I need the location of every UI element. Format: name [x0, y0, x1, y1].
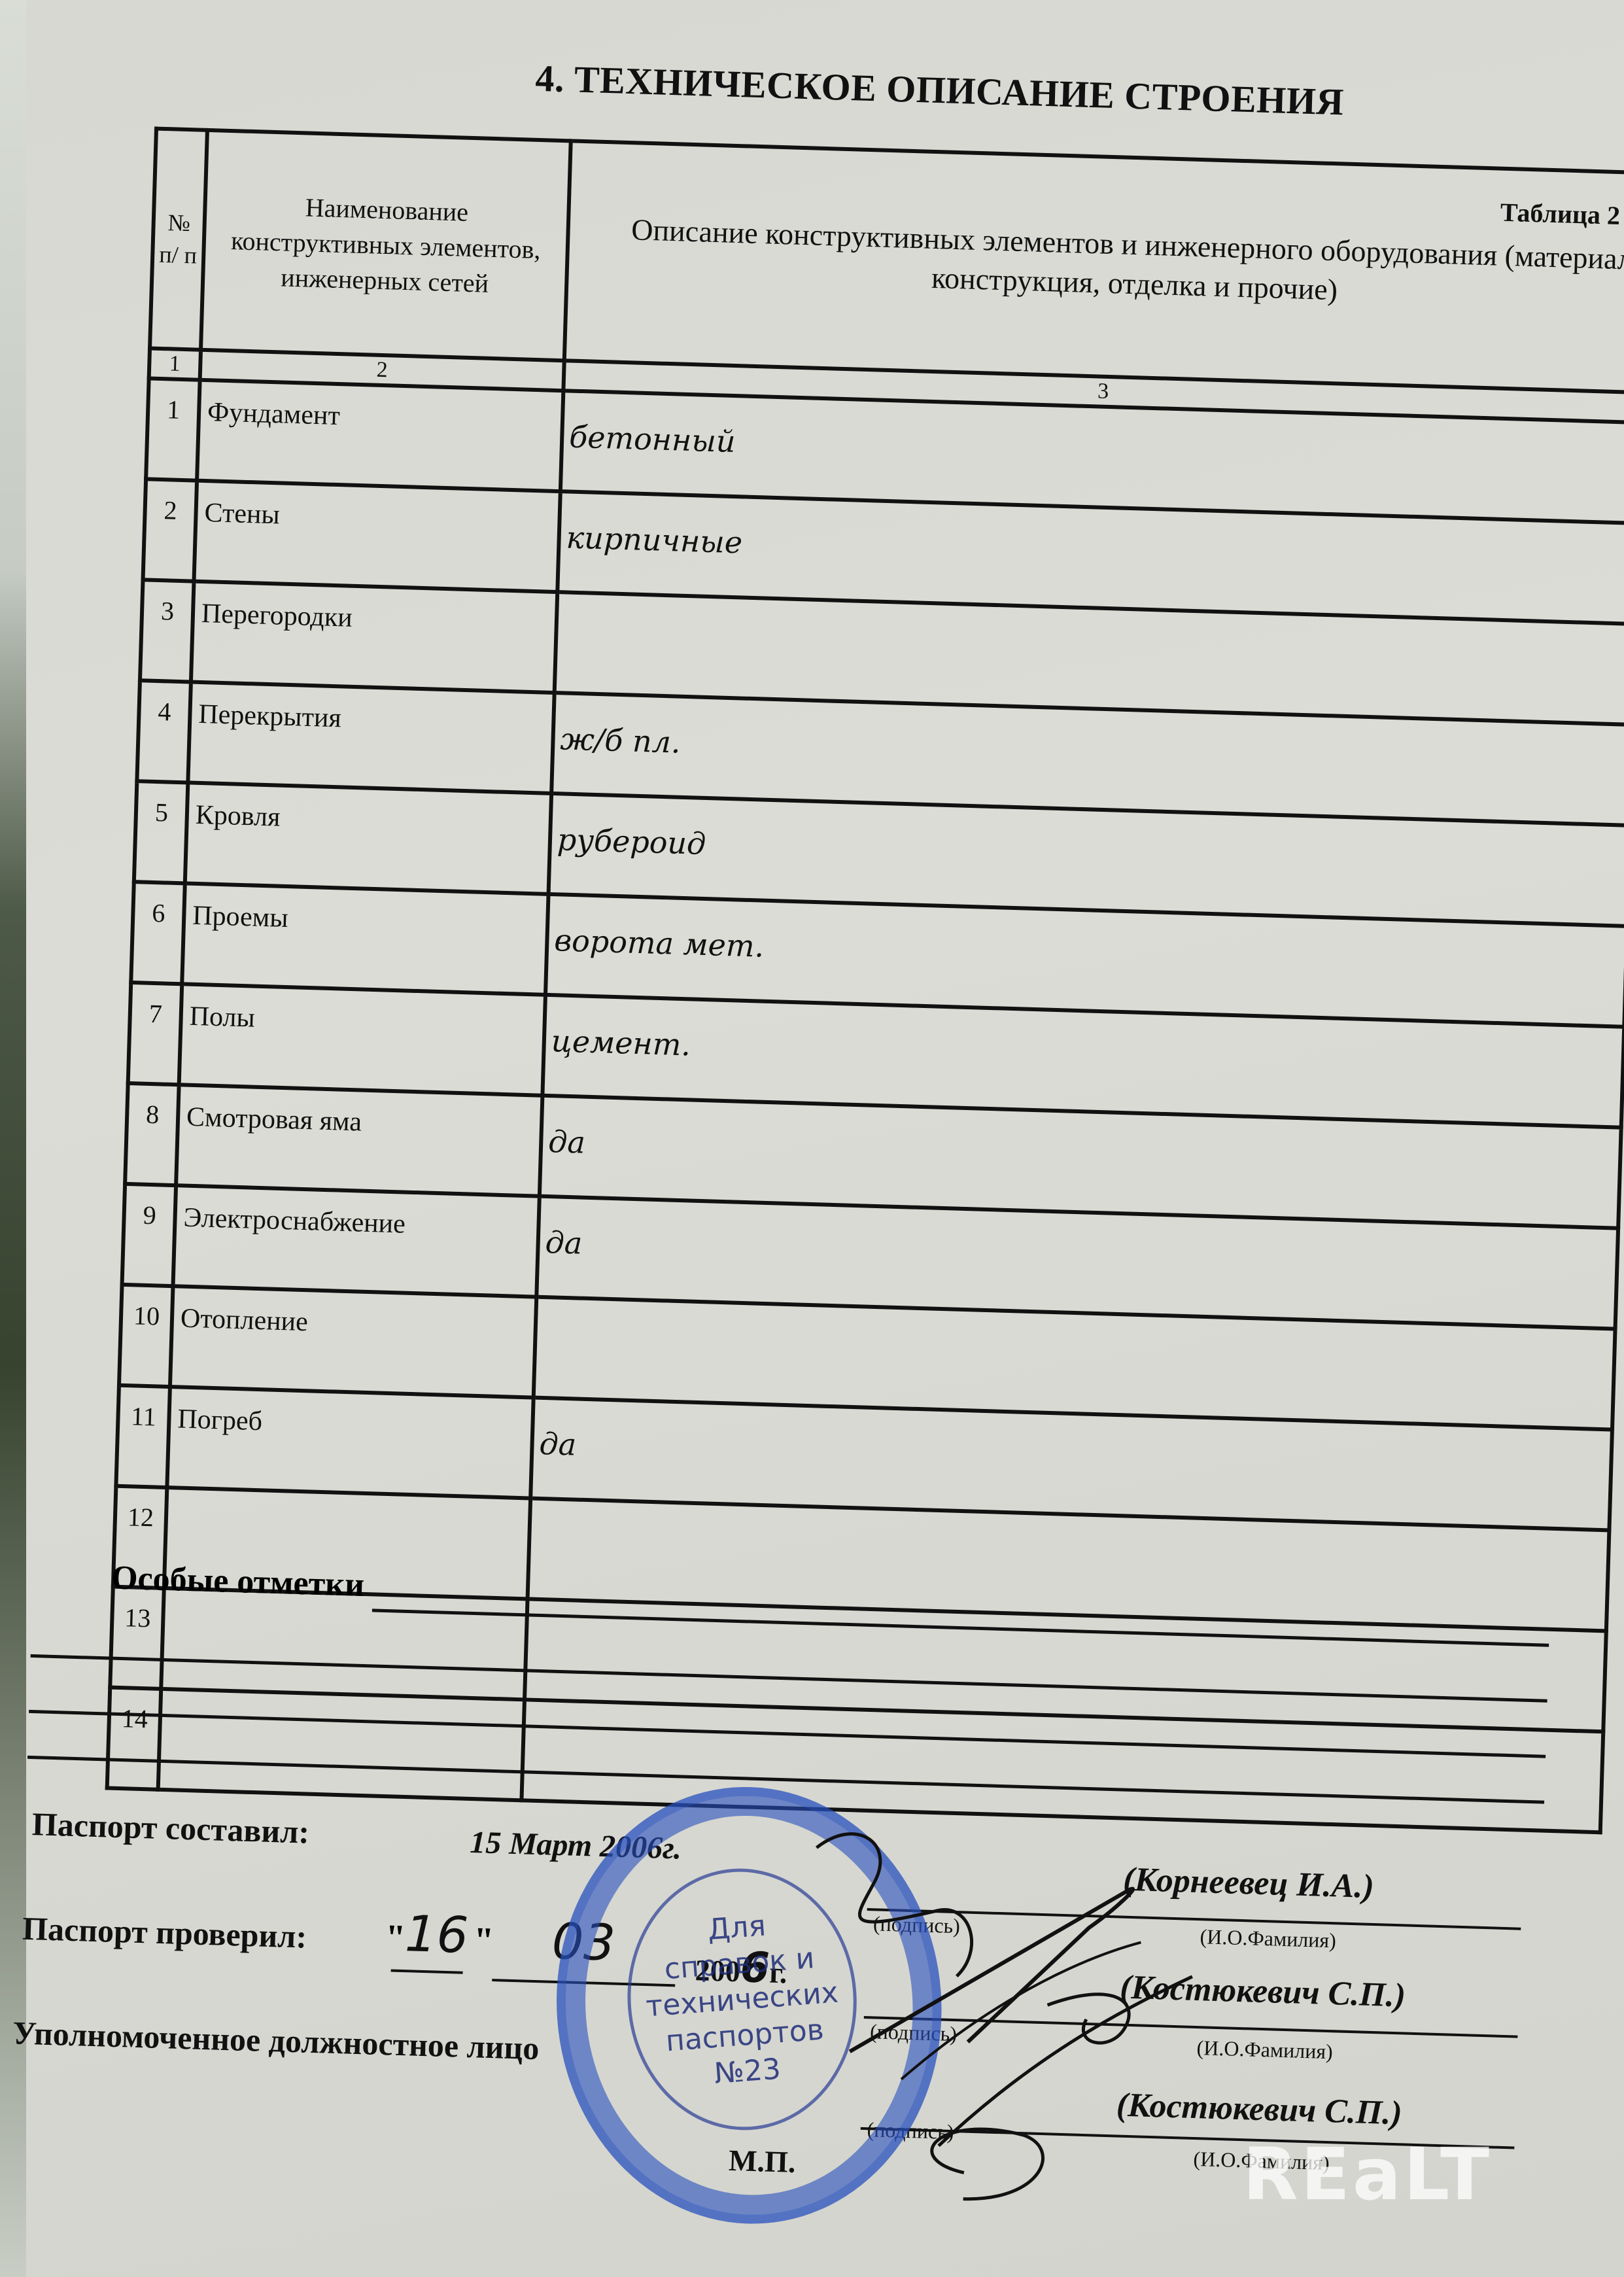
row-number: 13 [110, 1587, 164, 1689]
element-name [158, 1689, 525, 1800]
stamp-line: Для [706, 1907, 767, 1948]
element-name: Полы [179, 984, 545, 1095]
element-name: Электроснабжение [173, 1185, 540, 1296]
row-number: 5 [134, 781, 188, 883]
row-number: 10 [119, 1285, 173, 1387]
name-caption: (И.О.Фамилия) [1200, 1924, 1336, 1953]
element-name: Отопление [170, 1286, 536, 1397]
authorized-person-name: (Костюкевич С.П.) [1116, 2085, 1402, 2132]
element-name: Проемы [182, 883, 548, 994]
table-header-row: № п/ п Наименование конструктивных элеме… [150, 129, 1624, 393]
header-element-name: Наименование конструктивных элементов, и… [201, 130, 571, 360]
element-name: Кровля [185, 782, 551, 894]
signature-line [864, 2016, 1518, 2038]
row-number: 4 [137, 680, 191, 782]
quote-close: " [473, 1919, 494, 1962]
element-name: Перекрытия [188, 682, 554, 793]
quote-open: " [385, 1917, 406, 1959]
section-title: 4. ТЕХНИЧЕСКОЕ ОПИСАНИЕ СТРОЕНИЯ [535, 56, 1386, 126]
stamp-line: №23 [713, 2051, 782, 2091]
checked-by-name: (Костюкевич С.П.) [1119, 1968, 1406, 2015]
row-number: 7 [128, 982, 182, 1085]
document-page: 4. ТЕХНИЧЕСКОЕ ОПИСАНИЕ СТРОЕНИЯ № п/ п … [14, 39, 1608, 2242]
table-label: Таблица 2 [1500, 197, 1621, 231]
element-name: Фундамент [197, 380, 563, 491]
column-index: 1 [149, 348, 201, 379]
row-number: 14 [107, 1688, 162, 1790]
stamp-center-text: Для справок и технических паспортов №23 [618, 1860, 866, 2138]
paper-sheet: 4. ТЕХНИЧЕСКОЕ ОПИСАНИЕ СТРОЕНИЯ № п/ п … [26, 0, 1624, 2277]
row-number: 1 [146, 378, 200, 480]
row-number: 9 [122, 1184, 177, 1286]
row-number: 11 [116, 1385, 170, 1487]
row-number: 3 [140, 580, 194, 682]
day-line [391, 1969, 463, 1973]
name-caption: (И.О.Фамилия) [1196, 2036, 1333, 2064]
compiled-by-label: Паспорт составил: [31, 1805, 310, 1851]
row-number: 6 [131, 882, 185, 984]
element-name: Стены [194, 481, 560, 592]
signature-line [867, 1908, 1521, 1930]
compiled-by-name: (Корнеевец И.А.) [1122, 1860, 1374, 1906]
element-name: Погреб [167, 1387, 533, 1498]
header-description: Таблица 2 Описание конструктивных элемен… [564, 141, 1624, 392]
header-description-text: Описание конструктивных элементов и инже… [627, 210, 1624, 319]
row-number: 2 [143, 479, 198, 581]
watermark-logo: REaLT [1243, 2132, 1492, 2216]
special-notes-label: Особые отметки [111, 1559, 365, 1604]
header-number: № п/ п [150, 129, 207, 350]
checked-by-label: Паспорт проверил: [22, 1909, 307, 1956]
checked-day: 16 [404, 1904, 469, 1964]
element-name: Смотровая яма [176, 1085, 542, 1196]
row-number: 8 [125, 1083, 179, 1185]
element-name: Перегородки [191, 582, 557, 693]
authorized-person-label: Уполномоченное должностное лицо [12, 2013, 540, 2067]
